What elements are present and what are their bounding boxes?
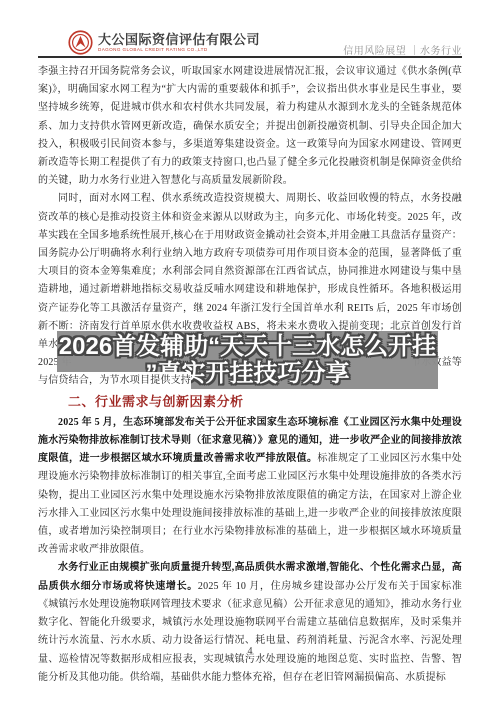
header-rule [38, 56, 462, 58]
company-name-block: 大公国际资信评估有限公司 DAGONG GLOBAL CREDIT RATING… [98, 33, 260, 53]
company-name-en: DAGONG GLOBAL CREDIT RATING CO.,LTD [98, 47, 260, 53]
report-page: 大公国际资信评估有限公司 DAGONG GLOBAL CREDIT RATING… [0, 0, 500, 707]
paragraph-policy: 李强主持召开国务院常务会议，听取国家水网建设进展情况汇报，会议审议通过《供水条例… [38, 63, 462, 190]
paragraph-standards: 2025 年 5 月，生态环境部发布关于公开征求国家生态环境标准《工业园区污水集… [38, 414, 462, 560]
company-name-cn: 大公国际资信评估有限公司 [98, 33, 260, 47]
spam-banner-line1[interactable]: 2026首发辅助“天天十三水怎么开挂 [59, 333, 436, 360]
section-heading: 二、行业需求与创新因素分析 [68, 393, 462, 411]
tail-fragment: 与信贷结合，为节水项目提供支持 [38, 372, 191, 389]
demand-regular-text: 2025 年 10 月，住房城乡建设部办公厅发布关于国家标准《城镇污水处理设施物… [38, 581, 462, 683]
article-body: 李强主持召开国务院常务会议，听取国家水网建设进展情况汇报，会议审议通过《供水条例… [38, 63, 462, 687]
page-header: 大公国际资信评估有限公司 DAGONG GLOBAL CREDIT RATING… [0, 0, 500, 58]
dagong-logo-icon [68, 30, 93, 55]
paragraph-demand: 水务行业正由规模扩张向质量提升转型,高品质供水需求激增,智能化、个性化需求凸显，… [38, 559, 462, 686]
standards-regular-text: 标准规定了工业园区污水集中处理设施水污染物排放标准制订的相关事宜,全面考虑工业园… [38, 453, 462, 555]
paragraph-financing: 同时，面对水网工程、供水系统改造投资规模大、周期长、收益回收慢的特点，水务投融资… [38, 190, 462, 354]
company-logo: 大公国际资信评估有限公司 DAGONG GLOBAL CREDIT RATING… [68, 30, 260, 55]
paragraph-financing-tail: 与信贷结合，为节水项目提供支持 [38, 372, 462, 390]
page-number: 4 [0, 646, 500, 657]
report-category-label: 信用风险展望 ｜水务行业 [343, 42, 462, 57]
